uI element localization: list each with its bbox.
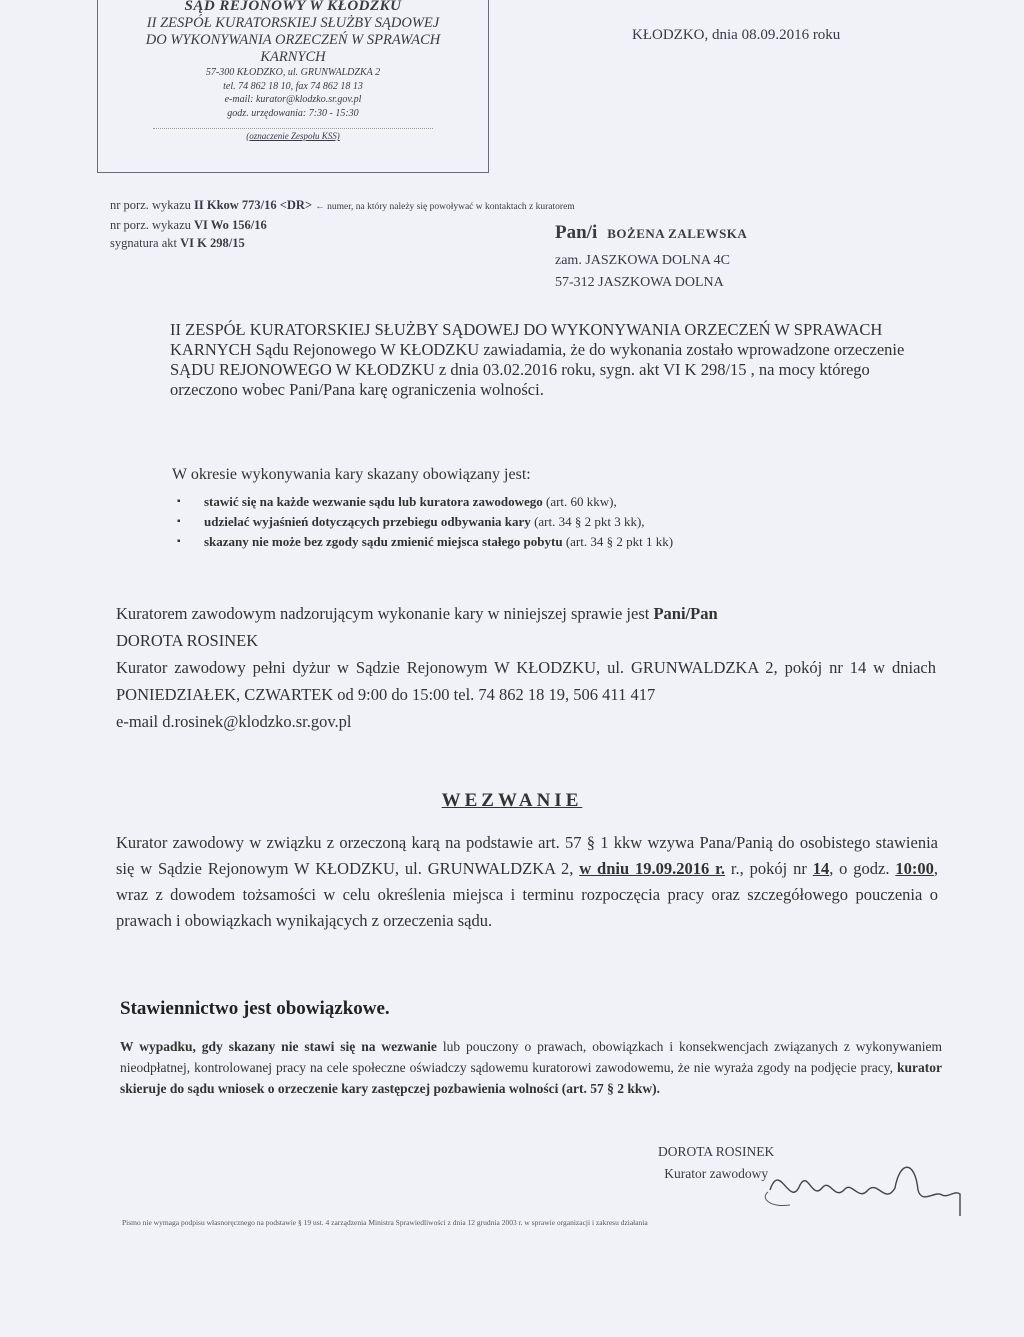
stamp-hours: godz. urzędowania: 7:30 - 15:30: [98, 107, 488, 121]
stamp-team-line: DO WYKONYWANIA ORZECZEŃ W SPRAWACH: [98, 32, 488, 49]
ref-value: II Kkow 773/16 <DR>: [194, 198, 312, 212]
obligations-heading: W okresie wykonywania kary skazany obowi…: [172, 466, 673, 484]
handwritten-signature-icon: [750, 1150, 970, 1220]
stamp-footer: (oznaczenie Zespołu KSS): [98, 131, 488, 141]
summons-room: 14: [813, 859, 830, 878]
curator-info: Kuratorem zawodowym nadzorującym wykonan…: [116, 600, 936, 735]
stamp-court-name: SĄD REJONOWY W KŁODZKU: [98, 0, 488, 15]
ref-label: nr porz. wykazu: [110, 198, 191, 212]
addressee-block: Pan/i BOŻENA ZALEWSKA zam. JASZKOWA DOLN…: [555, 222, 747, 294]
curator-email: e-mail d.rosinek@klodzko.sr.gov.pl: [116, 708, 936, 735]
court-stamp: SĄD REJONOWY W KŁODZKU II ZESPÓŁ KURATOR…: [97, 0, 489, 173]
summons-paragraph: Kurator zawodowy w związku z orzeczoną k…: [116, 830, 938, 934]
ref-note: ← numer, na który należy się powoływać w…: [315, 202, 574, 212]
addressee-street: zam. JASZKOWA DOLNA 4C: [555, 250, 747, 272]
ref-line-2: nr porz. wykazu VI Wo 156/16: [110, 216, 575, 234]
summons-date: w dniu 19.09.2016 r.: [579, 859, 725, 878]
obligation-item: skazany nie może bez zgody sądu zmienić …: [172, 532, 673, 552]
addressee-name: BOŻENA ZALEWSKA: [607, 226, 747, 241]
summons-title: WEZWANIE: [0, 790, 1024, 812]
stamp-team-line: II ZESPÓŁ KURATORSKIEJ SŁUŻBY SĄDOWEJ: [98, 15, 488, 32]
stamp-address: 57-300 KŁODZKO, ul. GRUNWALDZKA 2: [98, 66, 488, 80]
intro-paragraph: II ZESPÓŁ KURATORSKIEJ SŁUŻBY SĄDOWEJ DO…: [112, 320, 912, 400]
ref-label: nr porz. wykazu: [110, 218, 191, 232]
obligations-list: stawić się na każde wezwanie sądu lub ku…: [172, 492, 673, 552]
obligations-section: W okresie wykonywania kary skazany obowi…: [172, 466, 673, 552]
stamp-team-line: KARNYCH: [98, 49, 488, 66]
mandatory-notice: Stawiennictwo jest obowiązkowe.: [120, 998, 390, 1020]
intro-text: II ZESPÓŁ KURATORSKIEJ SŁUŻBY SĄDOWEJ DO…: [112, 320, 912, 400]
stamp-divider: [153, 128, 433, 129]
curator-name: DOROTA ROSINEK: [116, 627, 936, 654]
ref-line-3: sygnatura akt VI K 298/15: [110, 234, 575, 252]
reference-numbers: nr porz. wykazu II Kkow 773/16 <DR> ← nu…: [110, 196, 575, 252]
summons-time: 10:00: [895, 859, 934, 878]
ref-value: VI K 298/15: [180, 236, 245, 250]
curator-duty-hours: Kurator zawodowy pełni dyżur w Sądzie Re…: [116, 654, 936, 708]
stamp-email: e-mail: kurator@klodzko.sr.gov.pl: [98, 93, 488, 107]
ref-label: sygnatura akt: [110, 236, 177, 250]
obligation-item: udzielać wyjaśnień dotyczących przebiegu…: [172, 512, 673, 532]
curator-intro: Kuratorem zawodowym nadzorującym wykonan…: [116, 600, 936, 627]
addressee-salutation: Pan/i: [555, 222, 597, 243]
stamp-phone: tel. 74 862 18 10, fax 74 862 18 13: [98, 80, 488, 94]
court-letter: SĄD REJONOWY W KŁODZKU II ZESPÓŁ KURATOR…: [0, 0, 1024, 1337]
warning-paragraph: W wypadku, gdy skazany nie stawi się na …: [120, 1036, 942, 1099]
ref-value: VI Wo 156/16: [194, 218, 267, 232]
letter-date: KŁODZKO, dnia 08.09.2016 roku: [632, 27, 840, 44]
addressee-city: 57-312 JASZKOWA DOLNA: [555, 272, 747, 294]
ref-line-1: nr porz. wykazu II Kkow 773/16 <DR> ← nu…: [110, 196, 575, 216]
obligation-item: stawić się na każde wezwanie sądu lub ku…: [172, 492, 673, 512]
footnote: Pismo nie wymaga podpisu własnoręcznego …: [122, 1216, 962, 1229]
